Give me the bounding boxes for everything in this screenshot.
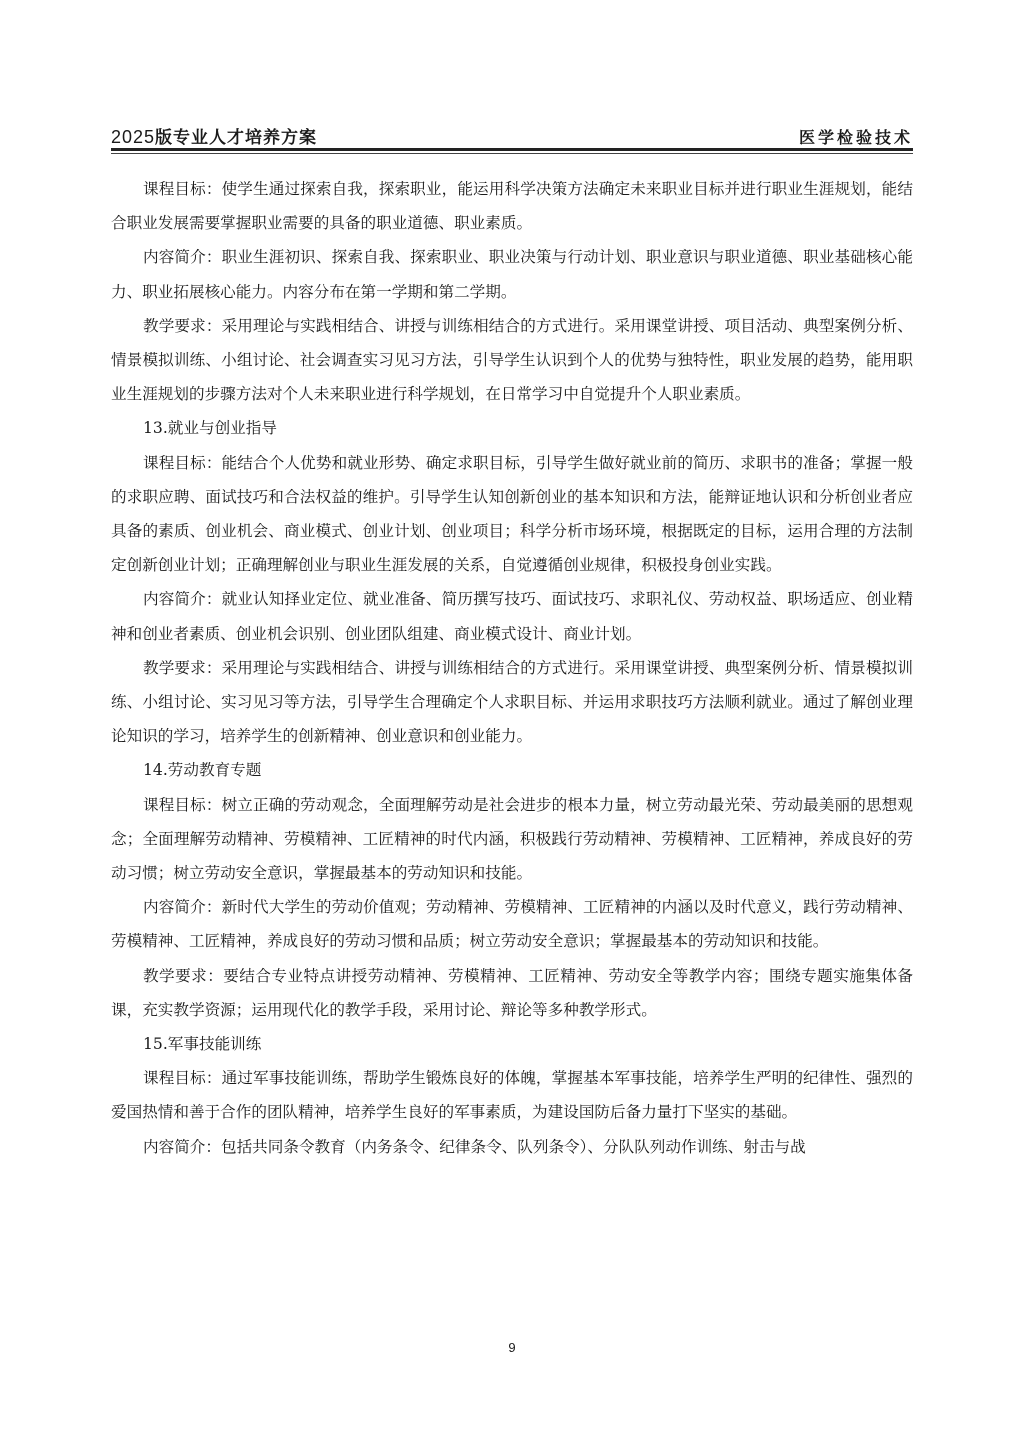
header-rule-thick xyxy=(111,148,913,151)
paragraph: 课程目标：能结合个人优势和就业形势、确定求职目标，引导学生做好就业前的简历、求职… xyxy=(111,446,913,583)
header-rule-thin xyxy=(111,153,913,154)
header-document-title: 2025版专业人才培养方案 xyxy=(111,123,317,148)
paragraph: 教学要求：采用理论与实践相结合、讲授与训练相结合的方式进行。采用课堂讲授、典型案… xyxy=(111,651,913,754)
header-major-title: 医学检验技术 xyxy=(799,125,913,148)
page-number: 9 xyxy=(0,1340,1024,1355)
header-left-title: 版专业人才培养方案 xyxy=(155,128,317,148)
document-body: 课程目标：使学生通过探索自我，探索职业，能运用科学决策方法确定未来职业目标并进行… xyxy=(111,172,913,1164)
paragraph: 教学要求：采用理论与实践相结合、讲授与训练相结合的方式进行。采用课堂讲授、项目活… xyxy=(111,309,913,412)
paragraph: 内容简介：职业生涯初识、探索自我、探索职业、职业决策与行动计划、职业意识与职业道… xyxy=(111,240,913,308)
paragraph: 内容简介：新时代大学生的劳动价值观；劳动精神、劳模精神、工匠精神的内涵以及时代意… xyxy=(111,890,913,958)
paragraph: 内容简介：包括共同条令教育（内务条令、纪律条令、队列条令）、分队队列动作训练、射… xyxy=(111,1130,913,1164)
paragraph: 教学要求：要结合专业特点讲授劳动精神、劳模精神、工匠精神、劳动安全等教学内容；围… xyxy=(111,959,913,1027)
section-heading: 13.就业与创业指导 xyxy=(111,411,913,445)
header-year: 2025 xyxy=(111,127,155,147)
paragraph: 课程目标：使学生通过探索自我，探索职业，能运用科学决策方法确定未来职业目标并进行… xyxy=(111,172,913,240)
paragraph: 内容简介：就业认知择业定位、就业准备、简历撰写技巧、面试技巧、求职礼仪、劳动权益… xyxy=(111,582,913,650)
paragraph: 课程目标：通过军事技能训练，帮助学生锻炼良好的体魄，掌握基本军事技能，培养学生严… xyxy=(111,1061,913,1129)
paragraph: 课程目标：树立正确的劳动观念，全面理解劳动是社会进步的根本力量，树立劳动最光荣、… xyxy=(111,788,913,891)
page-header: 2025版专业人才培养方案 医学检验技术 xyxy=(111,126,913,148)
section-heading: 14.劳动教育专题 xyxy=(111,753,913,787)
section-heading: 15.军事技能训练 xyxy=(111,1027,913,1061)
